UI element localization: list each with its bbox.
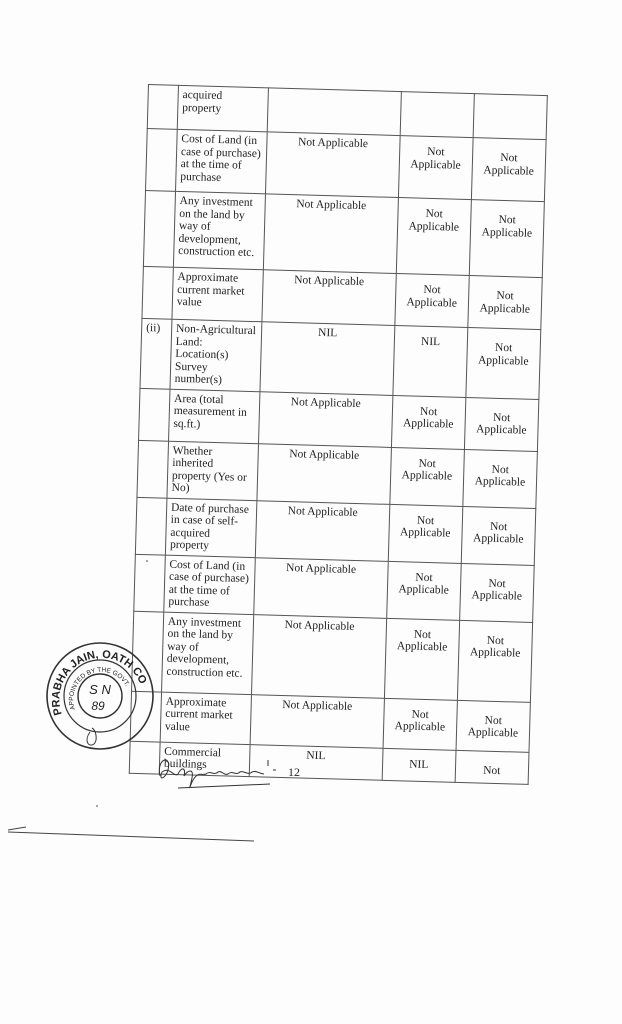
- value-cell-3: Not Applicable: [469, 200, 544, 278]
- value-cell-2: Not Applicable: [383, 698, 458, 750]
- value-cell-1: Not Applicable: [261, 270, 395, 326]
- value-cell-3: Not Applicable: [457, 620, 532, 702]
- row-label: Area (total measurement in sq.ft.): [168, 389, 259, 443]
- value-text: Not Applicable: [288, 505, 358, 519]
- value-cell-2: Not Applicable: [396, 198, 471, 276]
- row-number: [143, 190, 175, 267]
- value-cell-1: [267, 88, 401, 136]
- value-text: [478, 107, 542, 109]
- value-text: Not Applicable: [461, 713, 526, 740]
- value-text: [405, 101, 469, 103]
- value-cell-3: Not Applicable: [464, 397, 539, 451]
- value-cell-3: Not Applicable: [468, 276, 543, 330]
- value-text: NIL: [387, 757, 452, 771]
- value-text: Not Applicable: [298, 136, 368, 150]
- value-cell-3: Not Applicable: [459, 563, 534, 622]
- row-label: acquired property: [177, 85, 268, 131]
- value-text: Not Applicable: [399, 283, 464, 310]
- row-label: Cost of Land (in case of purchase) at th…: [175, 129, 266, 193]
- value-cell-1: Not Applicable: [256, 443, 391, 504]
- stamp-center-bottom: 89: [91, 699, 105, 713]
- row-label: Approximate current market value: [160, 692, 251, 744]
- value-cell-2: Not Applicable: [388, 504, 463, 563]
- value-text: Not Applicable: [294, 274, 364, 288]
- signature: [152, 748, 282, 798]
- value-cell-2: NIL: [392, 325, 467, 397]
- value-text: Not Applicable: [289, 448, 359, 462]
- row-number: [137, 440, 168, 498]
- value-text: Not Applicable: [296, 198, 366, 212]
- value-text: Not Applicable: [476, 151, 541, 178]
- page-number: 12: [288, 765, 300, 780]
- value-text: Not Applicable: [403, 145, 468, 172]
- value-text: Not Applicable: [284, 619, 354, 633]
- stamp-center-top: S N: [89, 682, 111, 697]
- row-label: Cost of Land (in case of purchase) at th…: [164, 555, 255, 614]
- row-number: [139, 388, 170, 441]
- value-text: Not Applicable: [464, 577, 529, 604]
- property-details-table: acquired propertyCost of Land (in case o…: [129, 84, 548, 784]
- value-cell-1: Not Applicable: [250, 694, 384, 748]
- scanned-page: acquired propertyCost of Land (in case o…: [0, 0, 622, 1024]
- value-cell-1: Not Applicable: [255, 500, 390, 561]
- value-cell-3: Not Applicable: [461, 506, 536, 565]
- value-cell-3: Not Applicable: [463, 449, 538, 508]
- scan-speck: [96, 805, 98, 807]
- value-cell-2: Not Applicable: [384, 618, 459, 700]
- value-text: Not Applicable: [390, 627, 455, 654]
- value-cell-1: Not Applicable: [263, 194, 398, 274]
- value-cell-2: Not Applicable: [391, 395, 466, 449]
- value-text: Not Applicable: [463, 634, 528, 661]
- value-text: Not Applicable: [286, 562, 356, 576]
- row-number: (ii): [140, 318, 172, 388]
- row-label: Date of purchase in case of self-acquire…: [165, 498, 256, 557]
- property-table-sheet: acquired propertyCost of Land (in case o…: [129, 84, 558, 785]
- table-row: Any investment on the land by way of dev…: [132, 611, 533, 702]
- value-text: Not Applicable: [395, 457, 460, 484]
- row-label: Approximate current market value: [172, 267, 263, 321]
- value-cell-2: [400, 92, 474, 138]
- value-cell-2: Not Applicable: [394, 273, 469, 327]
- value-cell-1: NIL: [260, 322, 395, 395]
- value-cell-3: [473, 94, 547, 140]
- value-cell-2: NIL: [382, 748, 456, 782]
- value-text: Not Applicable: [391, 571, 456, 598]
- value-text: Not Applicable: [468, 463, 533, 490]
- value-text: Not Applicable: [466, 520, 531, 547]
- value-cell-3: Not Applicable: [456, 700, 531, 752]
- row-label: Whether inherited property (Yes or No): [167, 441, 258, 500]
- row-label: Any investment on the land by way of dev…: [173, 191, 265, 269]
- row-number: [135, 497, 166, 555]
- value-text: NIL: [306, 749, 325, 762]
- value-cell-3: Not: [455, 750, 529, 784]
- value-text: Not Applicable: [469, 411, 534, 438]
- value-text: Not Applicable: [396, 405, 461, 432]
- scan-speck: [146, 560, 148, 562]
- value-text: NIL: [318, 327, 337, 340]
- value-text: NIL: [398, 335, 463, 349]
- value-text: Not Applicable: [282, 698, 352, 712]
- value-text: Not: [460, 763, 525, 777]
- value-text: Not Applicable: [475, 213, 540, 240]
- value-cell-2: Not Applicable: [389, 447, 464, 506]
- value-cell-1: Not Applicable: [253, 557, 388, 618]
- value-text: Not Applicable: [472, 289, 537, 316]
- value-cell-3: Not Applicable: [471, 138, 546, 202]
- table-row: Any investment on the land by way of dev…: [143, 190, 544, 277]
- value-cell-1: Not Applicable: [265, 132, 400, 198]
- value-cell-2: Not Applicable: [386, 561, 461, 620]
- value-text: Not Applicable: [393, 514, 458, 541]
- value-cell-1: Not Applicable: [258, 391, 392, 447]
- value-text: Not Applicable: [471, 341, 536, 368]
- row-number: [147, 85, 178, 130]
- value-cell-3: Not Applicable: [466, 328, 541, 400]
- scan-edge-line: [6, 826, 256, 842]
- row-label: Non-Agricultural Land: Location(s) Surve…: [170, 319, 262, 391]
- value-text: Not Applicable: [402, 207, 467, 234]
- table-row: Cost of Land (in case of purchase) at th…: [146, 128, 547, 201]
- value-cell-2: Not Applicable: [398, 136, 473, 200]
- value-cell-1: Not Applicable: [251, 614, 386, 698]
- table-row: (ii)Non-Agricultural Land: Location(s) S…: [140, 318, 541, 399]
- row-label: Any investment on the land by way of dev…: [161, 612, 253, 694]
- oath-commissioner-stamp: PRABHA JAIN, OATH COMMISSIONER APPOINTED…: [44, 640, 156, 752]
- row-number: [134, 554, 165, 612]
- row-number: [146, 128, 178, 191]
- value-text: Not Applicable: [291, 396, 361, 410]
- value-text: Not Applicable: [388, 707, 453, 734]
- row-number: [142, 266, 173, 319]
